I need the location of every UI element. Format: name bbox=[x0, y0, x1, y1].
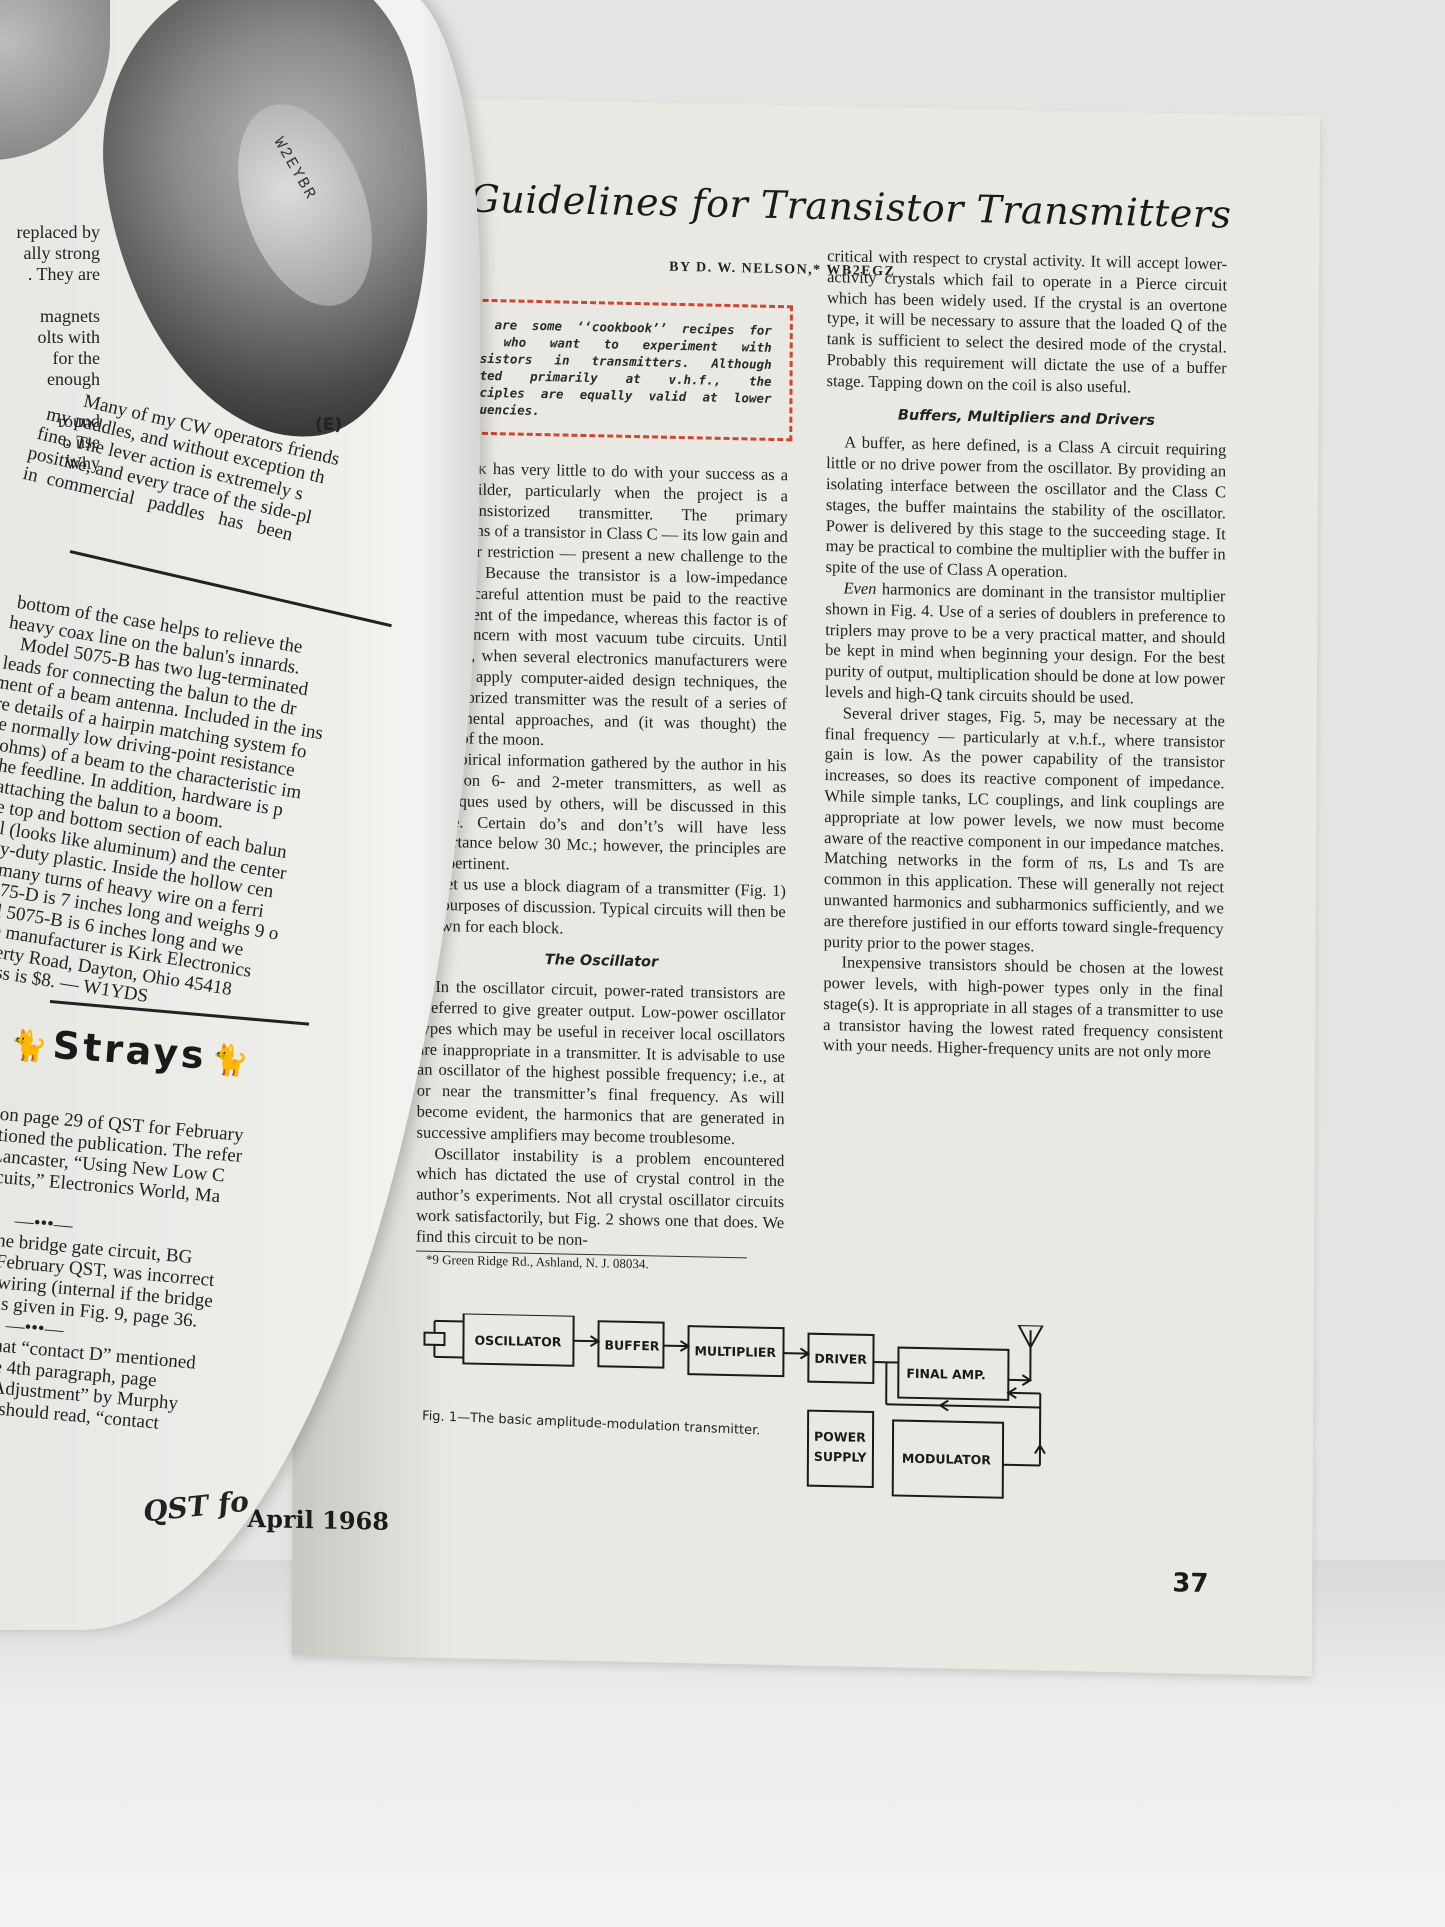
teaser-box: Here are some ‘‘cookbook’’ recipes for h… bbox=[428, 298, 793, 442]
final-amp-label: FINAL AMP. bbox=[906, 1366, 985, 1383]
paragraph: critical with respect to crystal activit… bbox=[826, 246, 1227, 400]
issue-date: April 1968 bbox=[247, 1504, 389, 1536]
cat-icon: 🐈 bbox=[210, 1042, 250, 1080]
driver-label: DRIVER bbox=[814, 1351, 867, 1367]
section-heading-buffers: Buffers, Multipliers and Drivers bbox=[826, 404, 1226, 433]
paragraph: Even harmonics are dominant in the trans… bbox=[825, 578, 1226, 711]
footnote: *9 Green Ridge Rd., Ashland, N. J. 08034… bbox=[416, 1252, 784, 1276]
paragraph: Let us use a block diagram of a transmit… bbox=[418, 873, 786, 943]
italic-lead: Even bbox=[843, 578, 876, 598]
power-supply-label-1: POWER bbox=[814, 1429, 866, 1445]
crystal-icon bbox=[424, 1321, 463, 1358]
section-heading-oscillator: The Oscillator bbox=[417, 948, 785, 977]
power-supply-label-2: SUPPLY bbox=[814, 1449, 868, 1465]
strays-header: 🐈 Strays 🐈 bbox=[9, 1020, 251, 1081]
paragraph: Oscillator instability is a problem enco… bbox=[416, 1143, 785, 1255]
left-page-footer: QST fo bbox=[142, 1485, 251, 1529]
paragraph-text: harmonics are dominant in the transistor… bbox=[825, 579, 1226, 707]
paragraph: Several driver stages, Fig. 5, may be ne… bbox=[824, 703, 1225, 961]
left-page-balun-text: bottom of the case helps to relieve the … bbox=[0, 590, 337, 1028]
article-column-2: critical with respect to crystal activit… bbox=[823, 246, 1227, 1065]
photo-fragment bbox=[0, 0, 110, 160]
multiplier-label: MULTIPLIER bbox=[694, 1343, 776, 1360]
cat-icon: 🐈 bbox=[9, 1028, 49, 1066]
buffer-label: BUFFER bbox=[604, 1337, 659, 1353]
page-number: 37 bbox=[1172, 1568, 1208, 1599]
paragraph: In the oscillator circuit, power-rated t… bbox=[417, 977, 786, 1151]
paragraph: Inexpensive transistors should be chosen… bbox=[823, 952, 1224, 1064]
oscillator-label: OSCILLATOR bbox=[474, 1333, 561, 1350]
strays-text: ck te 3 on page 29 of QST for February m… bbox=[0, 1080, 247, 1439]
photo-label: (E) bbox=[315, 415, 342, 435]
paragraph: Empirical information gathered by the au… bbox=[418, 749, 787, 881]
block-diagram-figure: OSCILLATOR BUFFER MULTIPLIER DRIVER FINA… bbox=[418, 1313, 1269, 1521]
modulator-label: MODULATOR bbox=[902, 1451, 991, 1468]
paragraph: A buffer, as here defined, is a Class A … bbox=[826, 432, 1227, 586]
article-title: Guidelines for Transistor Transmitters bbox=[469, 177, 1319, 239]
strays-title: Strays bbox=[51, 1023, 208, 1078]
